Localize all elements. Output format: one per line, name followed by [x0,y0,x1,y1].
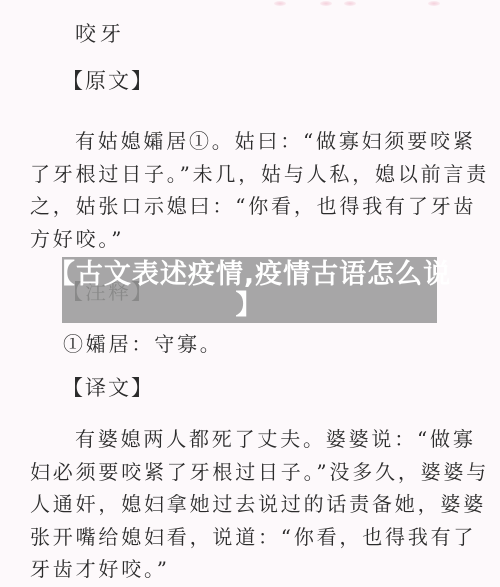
original-text-paragraph: 有姑媳孀居①。姑曰：“做寡妇须要咬紧了牙根过日子。”未几，姑与人私，媳以前言责之… [30,125,492,255]
top-edge-smudge [344,1,356,6]
top-edge-smudge [274,1,286,6]
notes-line: ①孀居：守寡。 [63,333,492,355]
caption-line-2: 】 [236,290,264,321]
top-edge-smudge [428,1,440,6]
top-edge-smudge [320,1,332,6]
article-page: 咬牙 【原文】 有姑媳孀居①。姑曰：“做寡妇须要咬紧了牙根过日子。”未几，姑与人… [0,0,500,587]
section-header-translation: 【译文】 [62,377,492,399]
translation-paragraph: 有婆媳两人都死了丈夫。婆婆说：“做寡妇必须要咬紧了牙根过日子。”没多久，婆婆与人… [30,423,492,586]
section-header-original-text: 【原文】 [62,70,492,92]
caption-overlay: 【古文表述疫情,疫情古语怎么说 】 [62,257,437,323]
caption-line-1: 【古文表述疫情,疫情古语怎么说 [48,259,451,290]
article-title: 咬牙 [75,23,492,45]
